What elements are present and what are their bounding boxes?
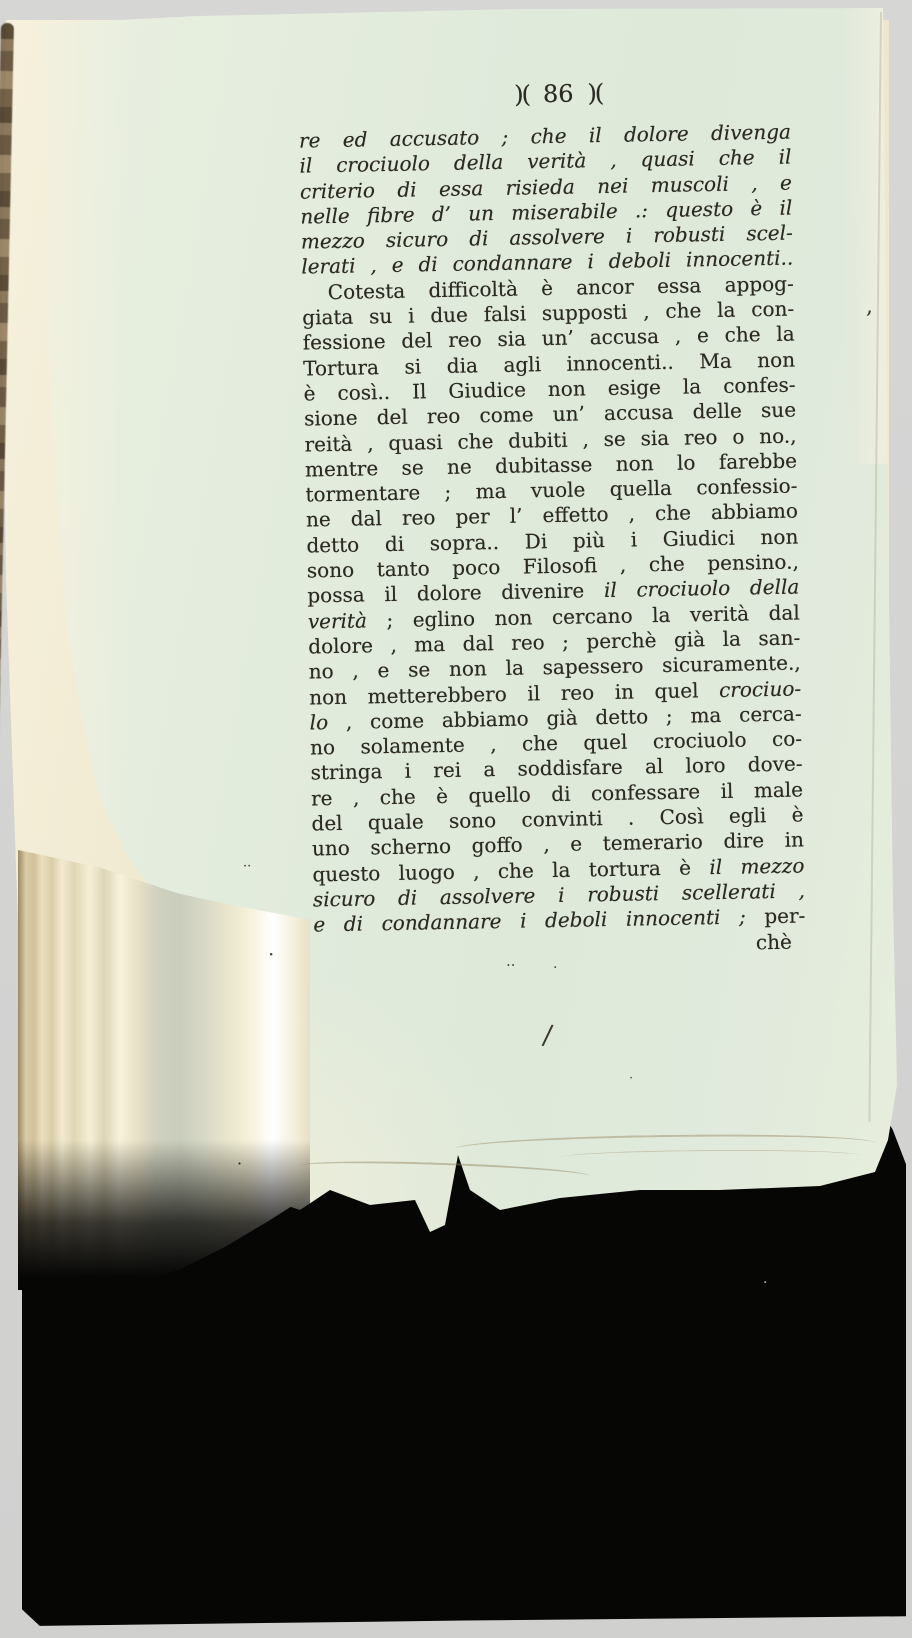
scanned-book-page: )(86)( re ed accusato ; che il dolore di…: [0, 0, 912, 1638]
body-text: re ed accusato ; che il dolore divengail…: [299, 120, 806, 938]
page-edge-fan-shadow: [18, 1140, 310, 1290]
header-ornament-left: )(: [514, 80, 529, 108]
page-number: 86: [543, 80, 574, 109]
header-ornament-right: )(: [587, 79, 602, 107]
text-block: )(86)( re ed accusato ; che il dolore di…: [298, 76, 806, 964]
